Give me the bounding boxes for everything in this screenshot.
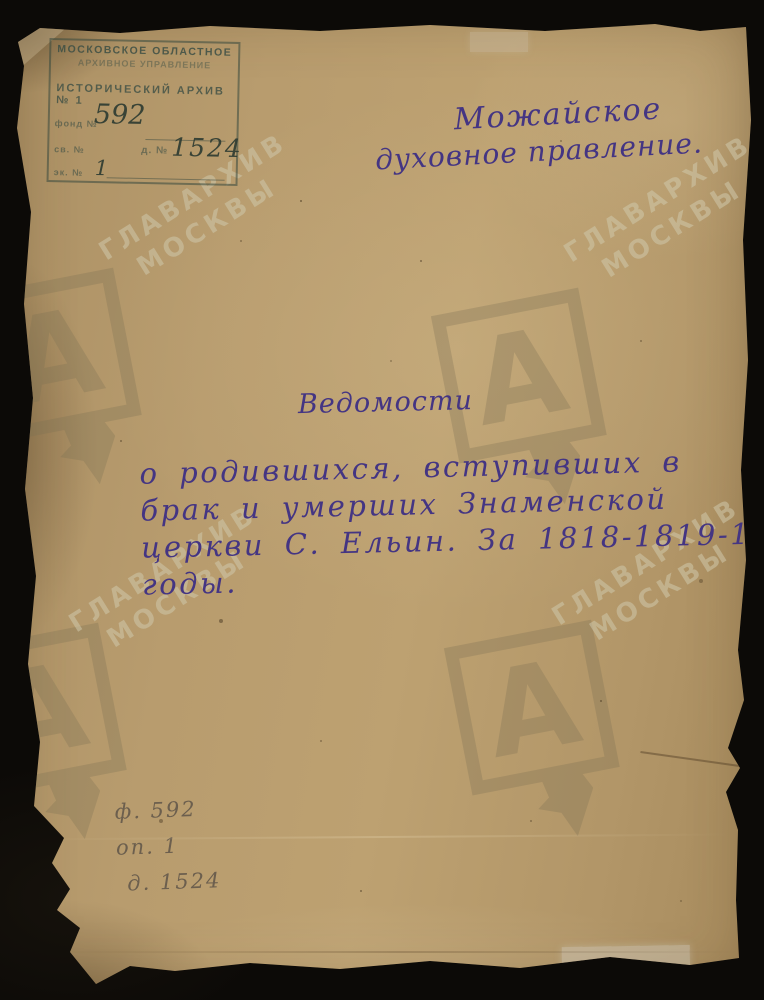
fond-number: 592 [94,99,146,131]
pencil-opis: оп. 1 [115,826,220,866]
light-patch [470,32,528,52]
header-handwriting: Можайское духовное правление. [366,89,709,177]
scanned-archive-cover: А А А А ГЛАВАРХИВ МОСКВЫ ГЛАВАРХИВ МОСКВ… [0,0,764,1000]
stamp-org-line2: АРХИВНОЕ УПРАВЛЕНИЕ [51,57,238,71]
stamp-archive-line: ИСТОРИЧЕСКИЙ АРХИВ № 1 [56,82,237,110]
delo-number: 1524 [171,133,243,163]
stamp-org-line1: МОСКОВСКОЕ ОБЛАСТНОЕ [51,43,238,59]
pencil-fond: ф. 592 [114,790,219,830]
logo-tail [55,419,124,491]
tear-line [640,751,739,767]
ek-label: эк. № [54,167,84,178]
logo-tail [533,771,602,843]
archive-stamp: МОСКОВСКОЕ ОБЛАСТНОЕ АРХИВНОЕ УПРАВЛЕНИЕ… [47,38,241,186]
paper-specks [300,200,302,202]
pencil-archival-marks: ф. 592 оп. 1 д. 1524 [114,790,222,902]
paper-cover: А А А А ГЛАВАРХИВ МОСКВЫ ГЛАВАРХИВ МОСКВ… [0,0,764,1000]
title-heading: Ведомости [298,379,729,420]
sv-label: св. № [54,144,85,155]
crease-line [60,951,740,953]
glavarkhiv-logo-icon: А [0,268,154,508]
glavarkhiv-logo-icon: А [444,620,632,860]
stamp-underline [107,177,225,180]
delo-label: д. № [141,145,168,157]
logo-tail [40,774,109,846]
title-handwriting: Ведомости о родившихся, вступивших в бра… [138,379,733,603]
fond-label: фонд № [55,118,98,129]
pencil-delo: д. 1524 [127,862,222,901]
